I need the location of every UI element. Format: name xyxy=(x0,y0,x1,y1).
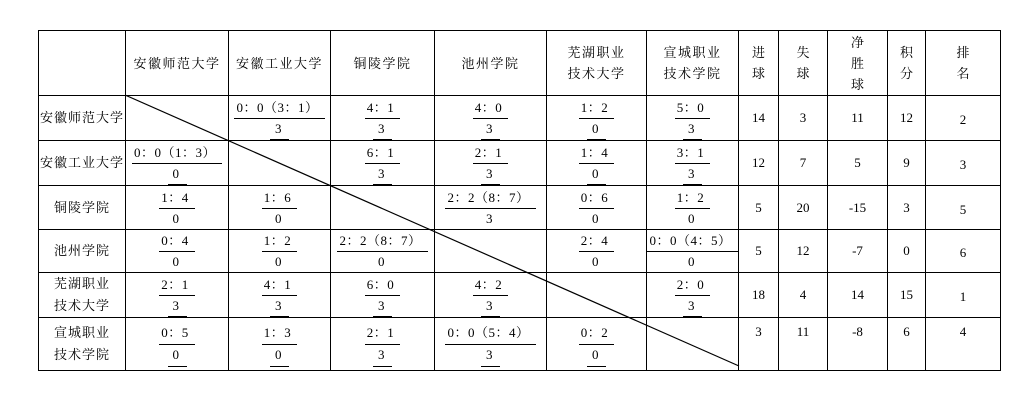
match-points: 0 xyxy=(587,344,606,367)
points-cell: 9 xyxy=(888,141,926,186)
match-result-cell: 0：5 0 xyxy=(126,318,229,371)
match-points: 3 xyxy=(373,163,392,185)
match-points: 3 xyxy=(373,295,392,317)
goals-against-cell: 20 xyxy=(779,186,828,230)
match-points: 3 xyxy=(683,163,702,185)
col-header-rank: 排 名 xyxy=(926,31,1001,96)
match-result-cell: 4：1 3 xyxy=(229,273,331,318)
match-result-cell: 0：6 0 xyxy=(547,186,647,230)
goal-diff-cell: -7 xyxy=(828,230,888,273)
match-score: 4：2 xyxy=(473,274,509,296)
match-points: 0 xyxy=(168,251,187,273)
row-header-team: 芜湖职业 技术大学 xyxy=(39,273,126,318)
match-score: 1：6 xyxy=(262,187,298,209)
match-result-cell: 0：0（5：4） 3 xyxy=(435,318,547,371)
match-result-cell: 1：4 0 xyxy=(547,141,647,186)
header-row: 安徽师范大学 安徽工业大学 铜陵学院 池州学院 芜湖职业 技术大学 宣城职业 技… xyxy=(39,31,1001,96)
match-score: 0：4 xyxy=(159,230,195,252)
points-cell: 15 xyxy=(888,273,926,318)
match-points: 3 xyxy=(373,118,392,140)
match-score: 2：1 xyxy=(159,274,195,296)
goals-for-cell: 5 xyxy=(739,186,779,230)
match-points: 0 xyxy=(587,251,606,273)
match-points: 3 xyxy=(683,118,702,140)
goals-for-cell: 18 xyxy=(739,273,779,318)
match-score: 1：2 xyxy=(262,230,298,252)
row-header-team: 铜陵学院 xyxy=(39,186,126,230)
goal-diff-cell: 14 xyxy=(828,273,888,318)
match-score: 0：0（3：1） xyxy=(234,97,324,119)
match-score: 0：0（4：5） xyxy=(647,230,737,252)
col-header-team-0: 安徽师范大学 xyxy=(126,31,229,96)
match-score: 2：2（8：7） xyxy=(337,230,427,252)
points-cell: 6 xyxy=(888,318,926,371)
match-points: 3 xyxy=(481,344,500,367)
match-points: 0 xyxy=(587,163,606,185)
col-header-team-5: 宣城职业 技术学院 xyxy=(647,31,739,96)
match-result-cell: 3：1 3 xyxy=(647,141,739,186)
points-cell: 0 xyxy=(888,230,926,273)
match-points: 0 xyxy=(168,208,187,230)
match-score: 1：2 xyxy=(579,97,615,119)
self-match-cell xyxy=(331,186,435,230)
match-score: 3：1 xyxy=(675,142,711,164)
match-points: 0 xyxy=(270,344,289,367)
goals-against-cell: 12 xyxy=(779,230,828,273)
match-result-cell: 2：1 3 xyxy=(126,273,229,318)
match-result-cell: 0：2 0 xyxy=(547,318,647,371)
match-points: 0 xyxy=(587,208,606,230)
col-header-goal-diff: 净 胜 球 xyxy=(828,31,888,96)
table-row: 芜湖职业 技术大学 2：1 3 4：1 3 6：0 3 4：2 3 2：0 3 xyxy=(39,273,1001,318)
rank-cell: 6 xyxy=(926,230,1001,273)
match-result-cell: 1：2 0 xyxy=(647,186,739,230)
match-result-cell: 4：2 3 xyxy=(435,273,547,318)
match-result-cell: 6：1 3 xyxy=(331,141,435,186)
match-points: 0 xyxy=(168,163,187,185)
col-header-goals-against: 失 球 xyxy=(779,31,828,96)
match-score: 2：4 xyxy=(579,230,615,252)
match-score: 6：1 xyxy=(365,142,401,164)
table-row: 安徽工业大学 0：0（1：3） 0 6：1 3 2：1 3 1：4 0 3：1 … xyxy=(39,141,1001,186)
match-result-cell: 0：4 0 xyxy=(126,230,229,273)
match-score: 0：5 xyxy=(159,322,195,345)
goals-against-cell: 7 xyxy=(779,141,828,186)
rank-cell: 3 xyxy=(926,141,1001,186)
self-match-cell xyxy=(126,96,229,141)
match-result-cell: 1：2 0 xyxy=(547,96,647,141)
match-points: 3 xyxy=(481,295,500,317)
match-score: 1：3 xyxy=(262,322,298,345)
match-score: 0：2 xyxy=(579,322,615,345)
match-score: 0：0（1：3） xyxy=(132,142,222,164)
match-points: 3 xyxy=(481,208,500,230)
match-score: 2：2（8：7） xyxy=(445,187,535,209)
goals-for-cell: 5 xyxy=(739,230,779,273)
match-score: 1：2 xyxy=(675,187,711,209)
corner-cell xyxy=(39,31,126,96)
match-result-cell: 4：1 3 xyxy=(331,96,435,141)
match-points: 0 xyxy=(683,208,702,230)
match-score: 5：0 xyxy=(675,97,711,119)
col-header-goals-for: 进 球 xyxy=(739,31,779,96)
match-points: 0 xyxy=(587,118,606,140)
goal-diff-cell: -8 xyxy=(828,318,888,371)
match-result-cell: 6：0 3 xyxy=(331,273,435,318)
rank-cell: 4 xyxy=(926,318,1001,371)
match-points: 3 xyxy=(270,295,289,317)
rank-cell: 5 xyxy=(926,186,1001,230)
match-result-cell: 2：4 0 xyxy=(547,230,647,273)
col-header-points: 积 分 xyxy=(888,31,926,96)
row-header-team: 安徽师范大学 xyxy=(39,96,126,141)
match-result-cell: 2：2（8：7） 0 xyxy=(331,230,435,273)
row-header-team: 宣城职业 技术学院 xyxy=(39,318,126,371)
match-points: 0 xyxy=(683,251,702,273)
goal-diff-cell: -15 xyxy=(828,186,888,230)
match-points: 3 xyxy=(683,295,702,317)
goals-against-cell: 3 xyxy=(779,96,828,141)
match-score: 2：1 xyxy=(473,142,509,164)
match-points: 3 xyxy=(481,163,500,185)
match-score: 1：4 xyxy=(579,142,615,164)
match-score: 0：0（5：4） xyxy=(445,322,535,345)
table-row: 安徽师范大学 0：0（3：1） 3 4：1 3 4：0 3 1：2 0 5：0 … xyxy=(39,96,1001,141)
goal-diff-cell: 11 xyxy=(828,96,888,141)
col-header-team-3: 池州学院 xyxy=(435,31,547,96)
match-points: 3 xyxy=(168,295,187,317)
match-result-cell: 2：2（8：7） 3 xyxy=(435,186,547,230)
match-result-cell: 2：0 3 xyxy=(647,273,739,318)
match-points: 0 xyxy=(270,208,289,230)
match-result-cell: 0：0（1：3） 0 xyxy=(126,141,229,186)
match-score: 1：4 xyxy=(159,187,195,209)
self-match-cell xyxy=(435,230,547,273)
table-row: 铜陵学院 1：4 0 1：6 0 2：2（8：7） 3 0：6 0 1：2 0 xyxy=(39,186,1001,230)
goals-against-cell: 4 xyxy=(779,273,828,318)
self-match-cell xyxy=(229,141,331,186)
match-score: 4：1 xyxy=(262,274,298,296)
match-result-cell: 0：0（3：1） 3 xyxy=(229,96,331,141)
match-points: 0 xyxy=(168,344,187,367)
points-cell: 12 xyxy=(888,96,926,141)
match-result-cell: 2：1 3 xyxy=(331,318,435,371)
match-score: 4：0 xyxy=(473,97,509,119)
rank-cell: 2 xyxy=(926,96,1001,141)
row-header-team: 安徽工业大学 xyxy=(39,141,126,186)
goals-for-cell: 14 xyxy=(739,96,779,141)
self-match-cell xyxy=(547,273,647,318)
table-row: 宣城职业 技术学院 0：5 0 1：3 0 2：1 3 0：0（5：4） 3 0… xyxy=(39,318,1001,371)
page: 安徽师范大学 安徽工业大学 铜陵学院 池州学院 芜湖职业 技术大学 宣城职业 技… xyxy=(0,0,1022,406)
rank-cell: 1 xyxy=(926,273,1001,318)
goals-for-cell: 12 xyxy=(739,141,779,186)
col-header-team-4: 芜湖职业 技术大学 xyxy=(547,31,647,96)
results-cross-table: 安徽师范大学 安徽工业大学 铜陵学院 池州学院 芜湖职业 技术大学 宣城职业 技… xyxy=(38,30,1001,371)
match-score: 2：0 xyxy=(675,274,711,296)
match-score: 2：1 xyxy=(365,322,401,345)
col-header-team-2: 铜陵学院 xyxy=(331,31,435,96)
goals-against-cell: 11 xyxy=(779,318,828,371)
row-header-team: 池州学院 xyxy=(39,230,126,273)
match-result-cell: 4：0 3 xyxy=(435,96,547,141)
match-result-cell: 1：3 0 xyxy=(229,318,331,371)
match-result-cell: 1：4 0 xyxy=(126,186,229,230)
match-points: 0 xyxy=(270,251,289,273)
goal-diff-cell: 5 xyxy=(828,141,888,186)
match-points: 0 xyxy=(373,251,392,273)
match-score: 4：1 xyxy=(365,97,401,119)
self-match-cell xyxy=(647,318,739,371)
match-result-cell: 5：0 3 xyxy=(647,96,739,141)
points-cell: 3 xyxy=(888,186,926,230)
match-result-cell: 1：6 0 xyxy=(229,186,331,230)
table-row: 池州学院 0：4 0 1：2 0 2：2（8：7） 0 2：4 0 0：0（4：… xyxy=(39,230,1001,273)
match-score: 0：6 xyxy=(579,187,615,209)
match-result-cell: 1：2 0 xyxy=(229,230,331,273)
match-score: 6：0 xyxy=(365,274,401,296)
match-result-cell: 2：1 3 xyxy=(435,141,547,186)
match-points: 3 xyxy=(481,118,500,140)
match-points: 3 xyxy=(373,344,392,367)
goals-for-cell: 3 xyxy=(739,318,779,371)
match-result-cell: 0：0（4：5） 0 xyxy=(647,230,739,273)
col-header-team-1: 安徽工业大学 xyxy=(229,31,331,96)
match-points: 3 xyxy=(270,118,289,140)
